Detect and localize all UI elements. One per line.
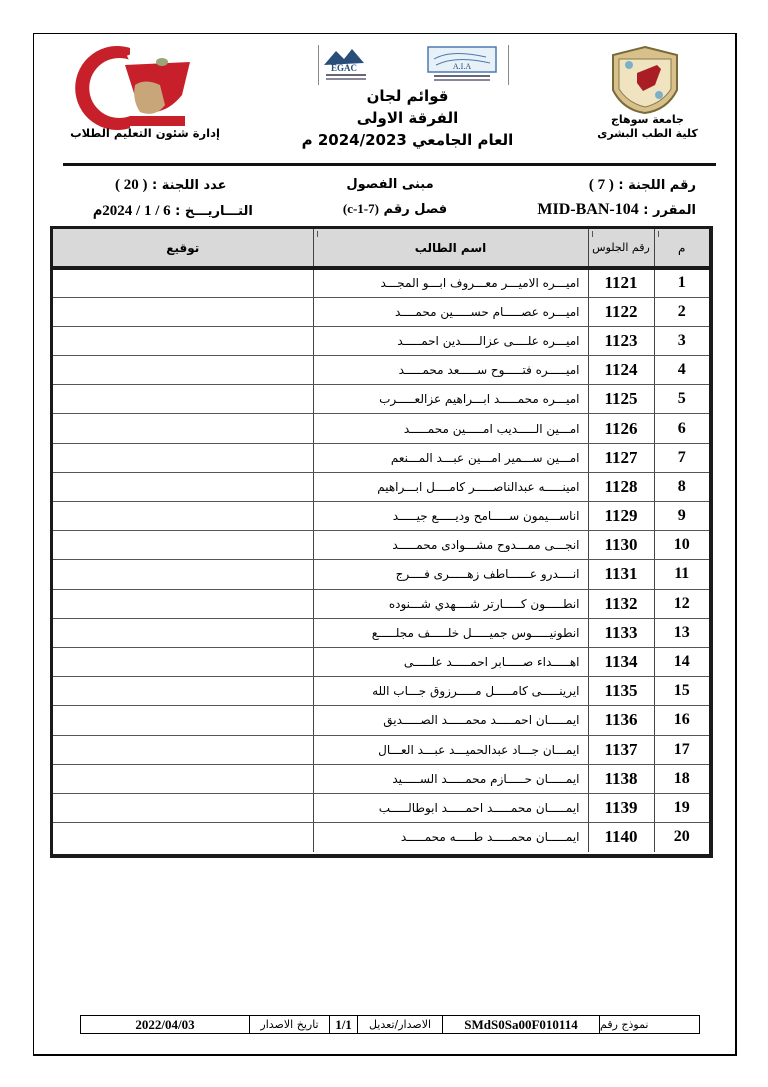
form-footer: نموذج رقم SMdS0Sa00F010114 الاصدار/تعديل… <box>80 1015 700 1034</box>
signature-cell[interactable] <box>53 793 313 822</box>
seat-number: 1136 <box>588 706 654 735</box>
table-row: 191139ايمـــــان محمـــــد احمـــــد ابو… <box>53 793 709 822</box>
column-header-student-name: اسم الطالب <box>313 229 588 268</box>
signature-cell[interactable] <box>53 677 313 706</box>
row-index: 14 <box>654 647 709 676</box>
table-row: 41124اميـــــره فتـــــوح ســـــعد محمــ… <box>53 356 709 385</box>
table-row: 51125اميـــره محمـــــد ابـــراهيم عزالع… <box>53 385 709 414</box>
committee-count-value: ( 20 ) <box>115 177 148 193</box>
signature-cell[interactable] <box>53 531 313 560</box>
row-index: 19 <box>654 793 709 822</box>
table-row: 151135ايرينـــــى كامـــــل مـــــرزوق ج… <box>53 677 709 706</box>
signature-cell[interactable] <box>53 764 313 793</box>
seat-number: 1125 <box>588 385 654 414</box>
row-index: 6 <box>654 414 709 443</box>
committee-count: عدد اللجنة : ( 20 ) <box>115 177 227 194</box>
student-name: ايمـــــان حـــــازم محمـــــد الســـــي… <box>313 764 588 793</box>
row-index: 8 <box>654 472 709 501</box>
column-header-signature: توقيع <box>53 229 313 268</box>
signature-cell[interactable] <box>53 414 313 443</box>
row-index: 10 <box>654 531 709 560</box>
left-logo-caption: إدارة شئون التعليم الطلاب <box>70 126 220 140</box>
signature-cell[interactable] <box>53 385 313 414</box>
table-row: 201140ايمـــــان محمـــــد طـــــه محمــ… <box>53 823 709 852</box>
row-index: 4 <box>654 356 709 385</box>
title-year-level: الفرقة الاولى <box>300 107 515 129</box>
course-code: المقرر : MID-BAN-104 <box>537 201 696 219</box>
student-name: اهـــــداء صـــــابر احمـــــد علـــــى <box>313 647 588 676</box>
document-title: قوائم لجان الفرقة الاولى العام الجامعي 2… <box>300 85 515 151</box>
signature-cell[interactable] <box>53 268 313 297</box>
signature-cell[interactable] <box>53 297 313 326</box>
seat-number: 1138 <box>588 764 654 793</box>
row-index: 11 <box>654 560 709 589</box>
table-row: 71127امـــين ســـمير امـــين عبـــد المـ… <box>53 443 709 472</box>
seat-number: 1140 <box>588 823 654 852</box>
row-index: 13 <box>654 618 709 647</box>
revision-value: 1/1 <box>329 1016 357 1033</box>
student-name: ايمـــان جـــاد عبدالحميـــد عبـــد العـ… <box>313 735 588 764</box>
table-row: 61126امـــين الـــــديب امـــــين محمـــ… <box>53 414 709 443</box>
row-index: 18 <box>654 764 709 793</box>
row-index: 7 <box>654 443 709 472</box>
row-index: 3 <box>654 326 709 355</box>
seat-number: 1132 <box>588 589 654 618</box>
row-index: 5 <box>654 385 709 414</box>
row-index: 16 <box>654 706 709 735</box>
seat-number: 1129 <box>588 502 654 531</box>
student-name: ايمـــــان محمـــــد طـــــه محمـــــد <box>313 823 588 852</box>
faculty-name: كلية الطب البشرى <box>590 127 705 141</box>
seat-number: 1135 <box>588 677 654 706</box>
student-name: اميـــــره فتـــــوح ســـــعد محمـــــد <box>313 356 588 385</box>
table-row: 81128امينـــــه عبدالناصـــــر كامــــل … <box>53 472 709 501</box>
form-number-label: نموذج رقم <box>599 1016 699 1033</box>
seat-number: 1133 <box>588 618 654 647</box>
classroom-value: (c-1-7) <box>343 201 379 216</box>
signature-cell[interactable] <box>53 502 313 531</box>
signature-cell[interactable] <box>53 326 313 355</box>
seat-number: 1137 <box>588 735 654 764</box>
student-name: ايمـــــان احمـــــد محمـــــد الصـــــد… <box>313 706 588 735</box>
student-name: امينـــــه عبدالناصـــــر كامــــل ابـــ… <box>313 472 588 501</box>
students-table: م رقم الجلوس اسم الطالب توقيع 11121اميــ… <box>50 226 713 858</box>
form-number-value: SMdS0Sa00F010114 <box>442 1016 599 1033</box>
row-index: 17 <box>654 735 709 764</box>
committee-count-label: عدد اللجنة : <box>152 178 227 193</box>
seat-number: 1121 <box>588 268 654 297</box>
committee-number-value: ( 7 ) <box>589 177 614 193</box>
table-row: 111131انــــدرو عــــــاطف زهـــــرى فــ… <box>53 560 709 589</box>
table-row: 131133انطونيـــــوس جميـــــل خلـــــف م… <box>53 618 709 647</box>
row-index: 1 <box>654 268 709 297</box>
student-name: اميـــره الاميـــر معـــروف ابـــو المجـ… <box>313 268 588 297</box>
committee-number: رقم اللجنة : ( 7 ) <box>589 177 696 194</box>
signature-cell[interactable] <box>53 618 313 647</box>
building-name: مبنى الفصول <box>330 177 450 192</box>
student-name: انطـــــون كـــــارتر شــــهدي شـــنوده <box>313 589 588 618</box>
row-index: 9 <box>654 502 709 531</box>
student-name: اميـــره محمـــــد ابـــراهيم عزالعـــــ… <box>313 385 588 414</box>
right-logo-caption: جامعة سوهاج كلية الطب البشرى <box>590 113 705 141</box>
student-name: اميـــره عصـــــام حســـــين محمــــد <box>313 297 588 326</box>
aia-logo-icon: A.I.A <box>428 47 496 81</box>
row-index: 20 <box>654 823 709 852</box>
signature-cell[interactable] <box>53 823 313 852</box>
seat-number: 1126 <box>588 414 654 443</box>
table-header-row: م رقم الجلوس اسم الطالب توقيع <box>53 229 709 268</box>
signature-cell[interactable] <box>53 560 313 589</box>
row-index: 2 <box>654 297 709 326</box>
student-name: اميـــره علــــى عزالـــــدين احمـــــد <box>313 326 588 355</box>
seat-number: 1134 <box>588 647 654 676</box>
table-row: 91129اناســـيمون ســـــامح وديـــــع جيـ… <box>53 502 709 531</box>
date-value: 6 / 1 / 2024م <box>93 203 171 219</box>
signature-cell[interactable] <box>53 735 313 764</box>
svg-text:A.I.A: A.I.A <box>453 62 471 71</box>
title-academic-year: العام الجامعي 2024/2023 م <box>300 129 515 151</box>
seat-number: 1128 <box>588 472 654 501</box>
egac-logo-icon: EGAC <box>324 49 366 80</box>
table-row: 31123اميـــره علــــى عزالـــــدين احمــ… <box>53 326 709 355</box>
student-name: ايمـــــان محمـــــد احمـــــد ابوطالـــ… <box>313 793 588 822</box>
signature-cell[interactable] <box>53 647 313 676</box>
seat-number: 1130 <box>588 531 654 560</box>
classroom-label: فصل رقم <box>384 202 448 217</box>
row-index: 15 <box>654 677 709 706</box>
table-row: 21122اميـــره عصـــــام حســـــين محمـــ… <box>53 297 709 326</box>
student-name: ايرينـــــى كامـــــل مـــــرزوق جـــاب … <box>313 677 588 706</box>
table-row: 121132انطـــــون كـــــارتر شــــهدي شــ… <box>53 589 709 618</box>
sohag-university-logo <box>607 45 683 115</box>
signature-cell[interactable] <box>53 706 313 735</box>
seat-number: 1131 <box>588 560 654 589</box>
table-row: 101130انجـــى ممـــدوح مشـــوادى محمــــ… <box>53 531 709 560</box>
student-name: امـــين ســـمير امـــين عبـــد المـــنعم <box>313 443 588 472</box>
signature-cell[interactable] <box>53 356 313 385</box>
header-separator <box>63 163 716 166</box>
committee-number-label: رقم اللجنة : <box>618 178 696 193</box>
accreditation-logos: EGAC A.I.A <box>306 45 511 85</box>
issue-date-label: تاريخ الاصدار <box>249 1016 329 1033</box>
classroom: فصل رقم (c-1-7) <box>330 201 460 217</box>
student-name: انطونيـــــوس جميـــــل خلـــــف مجلــــ… <box>313 618 588 647</box>
table-row: 11121اميـــره الاميـــر معـــروف ابـــو … <box>53 268 709 297</box>
student-name: انجـــى ممـــدوح مشـــوادى محمـــــد <box>313 531 588 560</box>
signature-cell[interactable] <box>53 443 313 472</box>
table-row: 171137ايمـــان جـــاد عبدالحميـــد عبـــ… <box>53 735 709 764</box>
seat-number: 1123 <box>588 326 654 355</box>
table-row: 161136ايمـــــان احمـــــد محمـــــد الص… <box>53 706 709 735</box>
student-name: امـــين الـــــديب امـــــين محمـــــد <box>313 414 588 443</box>
title-committee-lists: قوائم لجان <box>300 85 515 107</box>
signature-cell[interactable] <box>53 589 313 618</box>
university-name: جامعة سوهاج <box>590 113 705 127</box>
svg-text:EGAC: EGAC <box>331 63 357 73</box>
issue-date-value: 2022/04/03 <box>81 1016 249 1033</box>
seat-number: 1139 <box>588 793 654 822</box>
date-label: التـــاريـــخ : <box>175 204 253 219</box>
course-value: MID-BAN-104 <box>537 201 638 218</box>
faculty-medicine-logo <box>70 40 200 135</box>
table-row: 181138ايمـــــان حـــــازم محمـــــد الس… <box>53 764 709 793</box>
signature-cell[interactable] <box>53 472 313 501</box>
course-label: المقرر : <box>643 203 696 218</box>
column-header-seat-number: رقم الجلوس <box>588 229 654 268</box>
seat-number: 1124 <box>588 356 654 385</box>
table-row: 141134اهـــــداء صـــــابر احمـــــد علـ… <box>53 647 709 676</box>
revision-label: الاصدار/تعديل <box>357 1016 442 1033</box>
seat-number: 1122 <box>588 297 654 326</box>
row-index: 12 <box>654 589 709 618</box>
seat-number: 1127 <box>588 443 654 472</box>
student-name: اناســـيمون ســـــامح وديـــــع جيـــــد <box>313 502 588 531</box>
column-header-index: م <box>654 229 709 268</box>
exam-date: التـــاريـــخ : 6 / 1 / 2024م <box>93 201 253 220</box>
student-name: انــــدرو عــــــاطف زهـــــرى فــــرج <box>313 560 588 589</box>
